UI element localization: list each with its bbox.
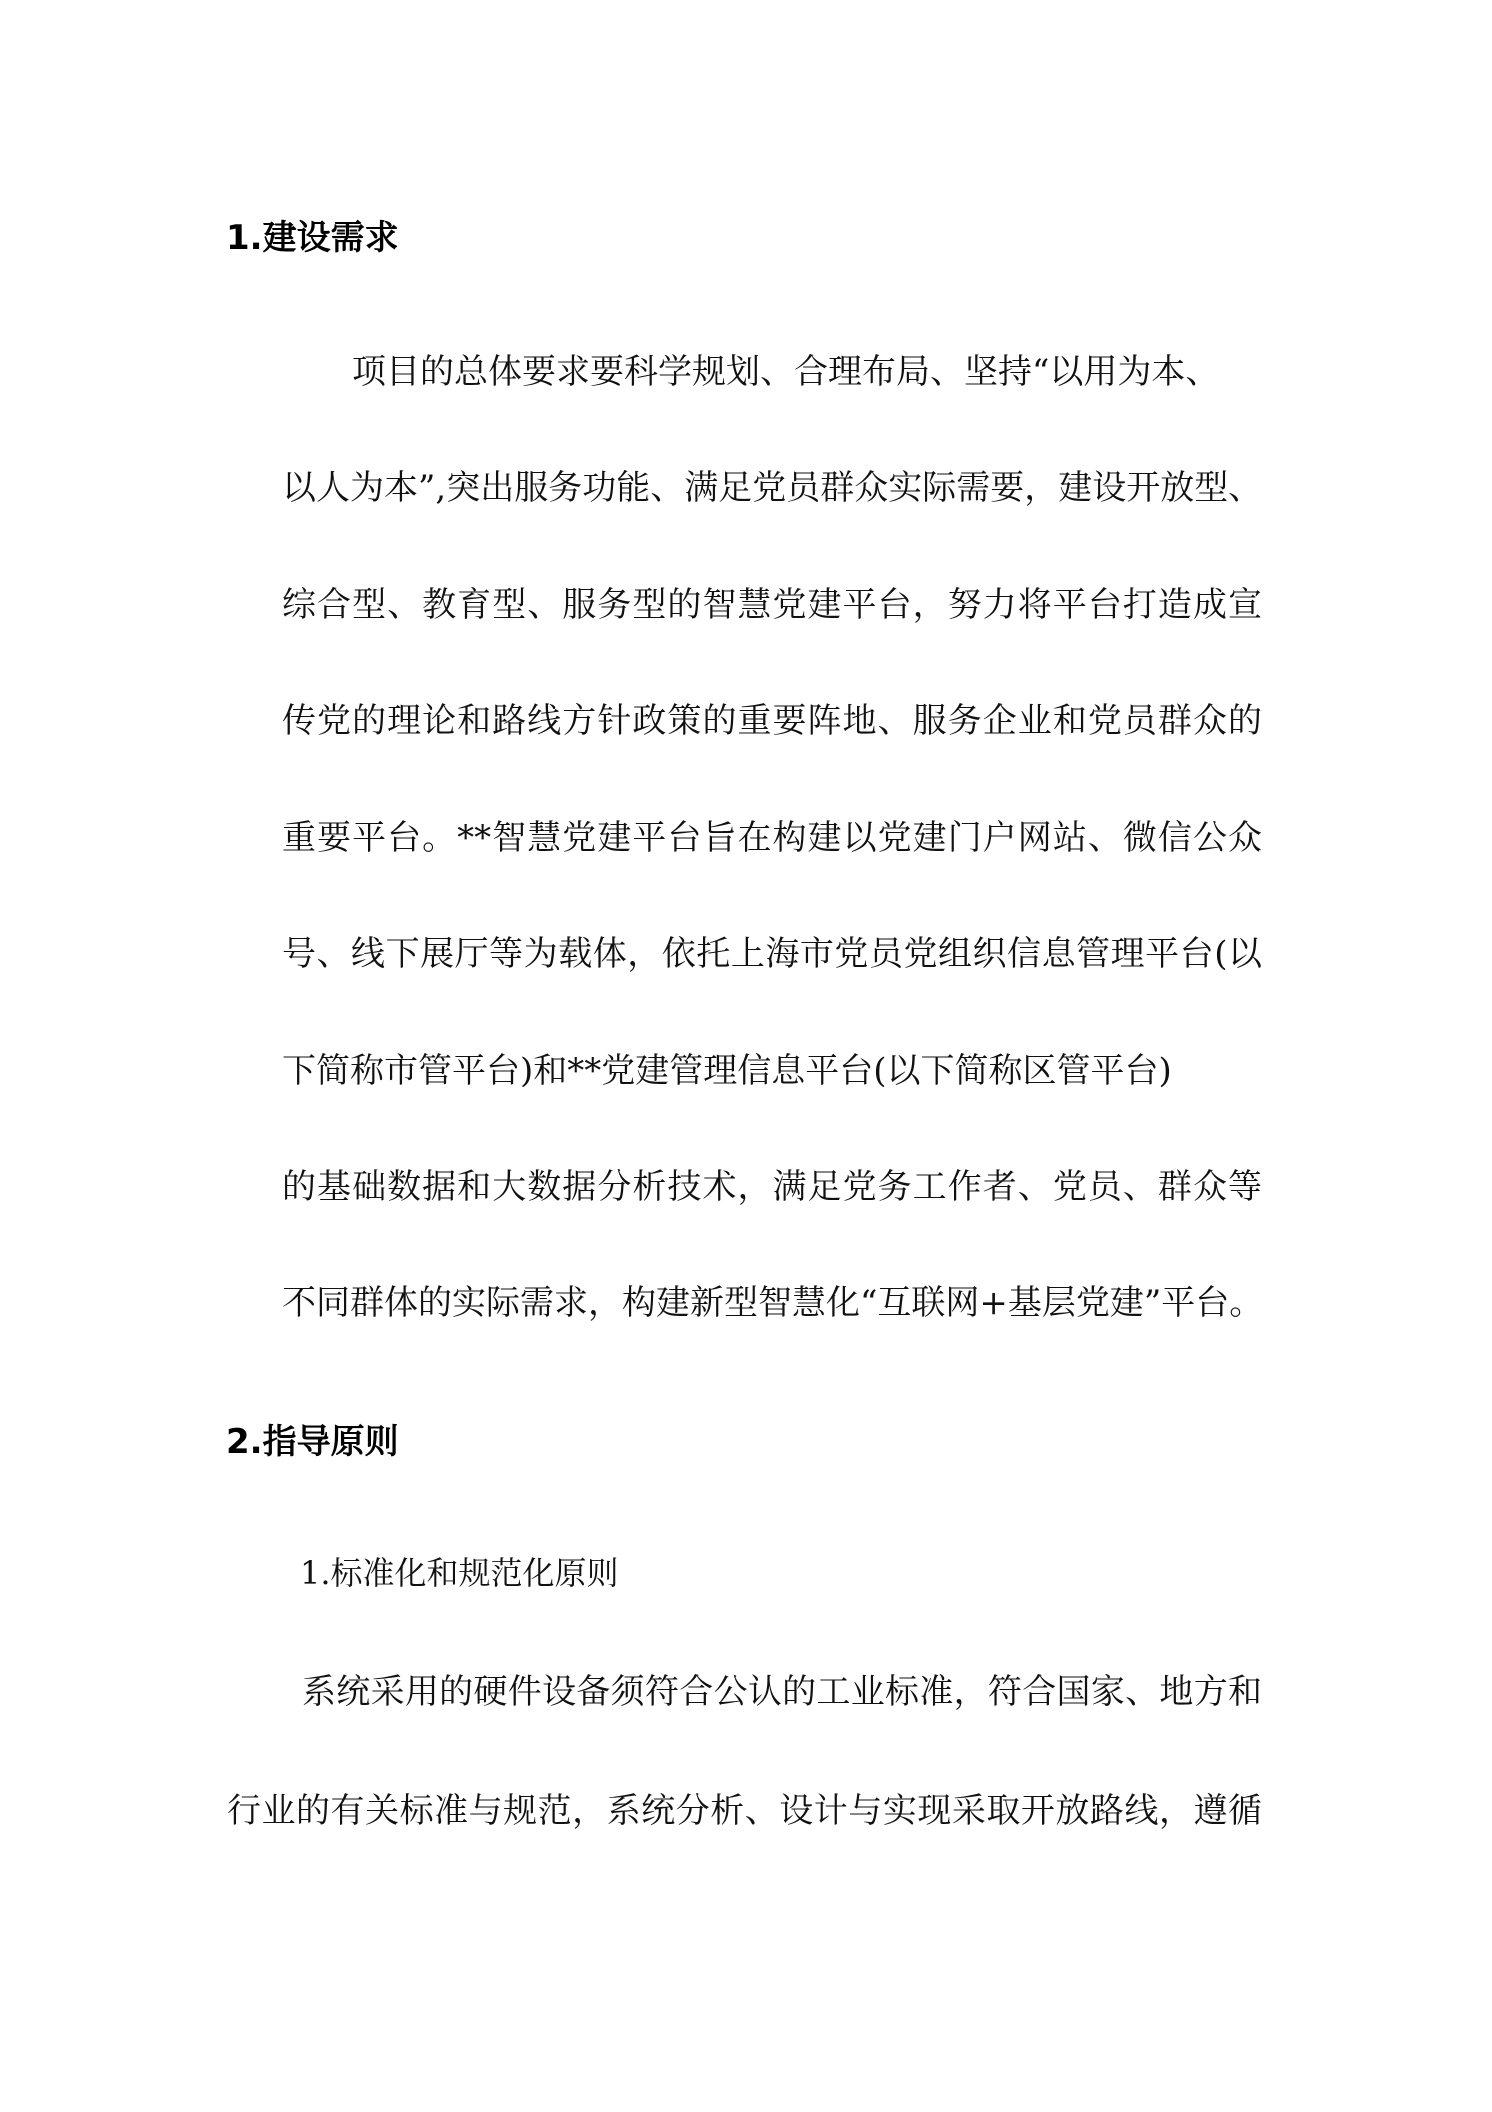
paragraph-line: 以人为本”,突出服务功能、满足党员群众实际需要，建设开放型、 <box>282 468 1242 508</box>
paragraph-line: 重要平台。**智慧党建平台旨在构建以党建门户网站、微信公众 <box>282 818 1262 858</box>
paragraph-line: 行业的有关标准与规范，系统分析、设计与实现采取开放路线，遵循 <box>227 1791 1262 1831</box>
document-page: 1.建设需求 项目的总体要求要科学规划、合理布局、坚持“以用为本、 以人为本”,… <box>0 0 1492 2112</box>
paragraph-line: 传党的理论和路线方针政策的重要阵地、服务企业和党员群众的 <box>282 701 1262 741</box>
paragraph-line: 综合型、教育型、服务型的智慧党建平台，努力将平台打造成宣 <box>282 585 1262 625</box>
subheading-standardization-principle: 1.标准化和规范化原则 <box>300 1553 619 1593</box>
section-heading-guiding-principles: 2.指导原则 <box>226 1422 399 1462</box>
paragraph-line: 下简称市管平台)和**党建管理信息平台(以下简称区管平台) <box>282 1051 1242 1091</box>
paragraph-line: 项目的总体要求要科学规划、合理布局、坚持“以用为本、 <box>352 352 1264 392</box>
paragraph-line: 的基础数据和大数据分析技术，满足党务工作者、党员、群众等 <box>282 1167 1262 1207</box>
section-heading-construction-requirements: 1.建设需求 <box>226 218 399 258</box>
paragraph-line: 系统采用的硬件设备须符合公认的工业标准，符合国家、地方和 <box>302 1672 1262 1712</box>
paragraph-line: 号、线下展厅等为载体，依托上海市党员党组织信息管理平台(以 <box>282 934 1262 974</box>
paragraph-line: 不同群体的实际需求，构建新型智慧化“互联网+基层党建”平台。 <box>282 1283 1262 1323</box>
